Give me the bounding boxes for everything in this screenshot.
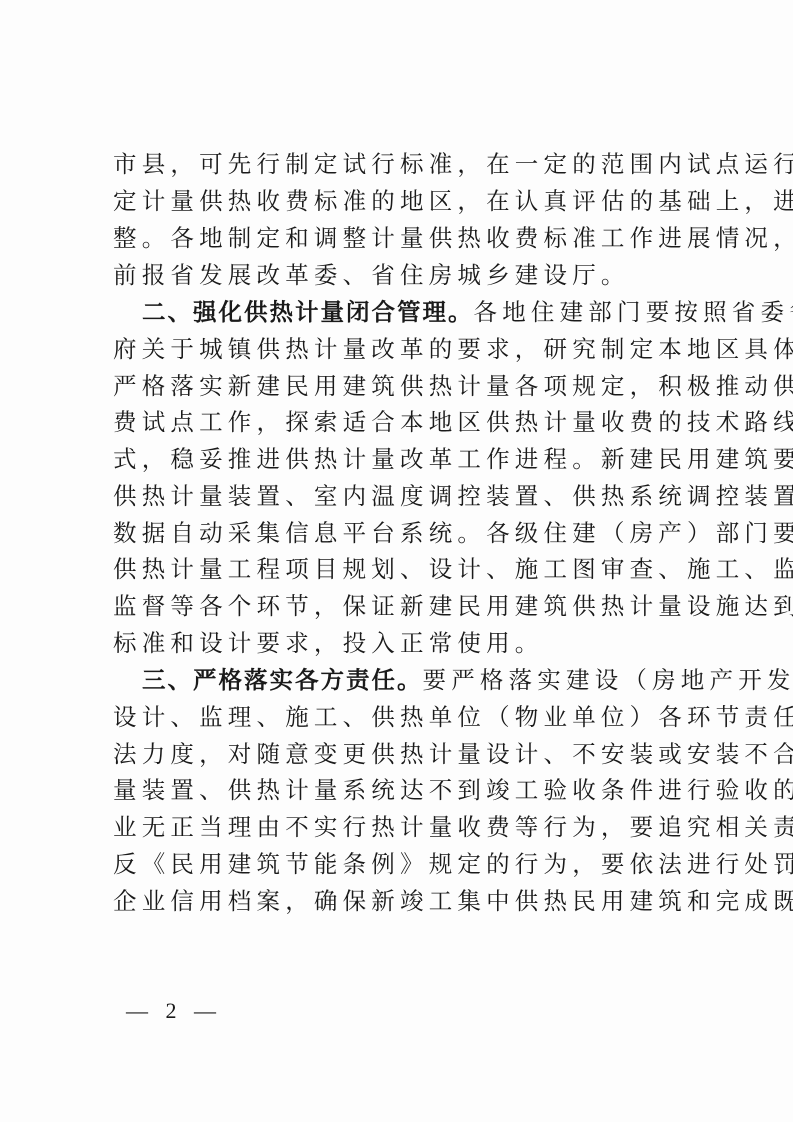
section-heading-2: 二、强化供热计量闭合管理。 [142,298,474,326]
line-text: 反《民用建筑节能条例》规定的行为，要依法进行处罚，并列入 [113,850,793,878]
body-line: 法力度，对随意变更供热计量设计、不安装或安装不合格供热计 [113,736,699,773]
line-text: 设计、监理、施工、供热单位（物业单位）各环节责任，加大执 [113,703,793,731]
line-text: 费试点工作，探索适合本地区供热计量收费的技术路线和收费模 [113,408,793,436]
line-text: 整。各地制定和调整计量供热收费标准工作进展情况，请于年底 [113,224,793,252]
body-line: 供热计量装置、室内温度调控装置、供热系统调控装置和热计量 [113,478,699,515]
line-text: 供热计量工程项目规划、设计、施工图审查、施工、监理、质量 [113,555,793,583]
line-text: 前报省发展改革委、省住房城乡建设厅。 [113,261,630,289]
body-line: 费试点工作，探索适合本地区供热计量收费的技术路线和收费模 [113,404,699,441]
line-text: 各地住建部门要按照省委省政 [474,298,793,326]
line-text: 式，稳妥推进供热计量改革工作进程。新建民用建筑要必须安装 [113,445,793,473]
body-line: 供热计量工程项目规划、设计、施工图审查、施工、监理、质量 [113,551,699,588]
page-number: — 2 — [126,996,222,1026]
line-text: 法力度，对随意变更供热计量设计、不安装或安装不合格供热计 [113,740,793,768]
body-line: 市县，可先行制定试行标准，在一定的范围内试点运行。已经制 [113,146,699,183]
line-text: 量装置、供热计量系统达不到竣工验收条件进行验收的，供热企 [113,776,793,804]
body-line: 企业信用档案，确保新竣工集中供热民用建筑和完成既有建筑节 [113,883,699,920]
body-line: 反《民用建筑节能条例》规定的行为，要依法进行处罚，并列入 [113,846,699,883]
line-text: 府关于城镇供热计量改革的要求，研究制定本地区具体实施方案， [113,335,793,363]
line-text: 供热计量装置、室内温度调控装置、供热系统调控装置和热计量 [113,482,793,510]
body-line: 量装置、供热计量系统达不到竣工验收条件进行验收的，供热企 [113,772,699,809]
body-line: 前报省发展改革委、省住房城乡建设厅。 [113,257,699,294]
body-line: 监督等各个环节，保证新建民用建筑供热计量设施达到国家产品 [113,588,699,625]
section-heading-3: 三、严格落实各方责任。 [142,666,423,694]
body-line: 严格落实新建民用建筑供热计量各项规定，积极推动供热计量收 [113,368,699,405]
document-page: 市县，可先行制定试行标准，在一定的范围内试点运行。已经制 定计量供热收费标准的地… [0,0,793,1122]
line-text: 市县，可先行制定试行标准，在一定的范围内试点运行。已经制 [113,150,793,178]
body-line: 式，稳妥推进供热计量改革工作进程。新建民用建筑要必须安装 [113,441,699,478]
line-text: 业无正当理由不实行热计量收费等行为，要追究相关责任。对违 [113,813,793,841]
body-line: 整。各地制定和调整计量供热收费标准工作进展情况，请于年底 [113,220,699,257]
line-text: 标准和设计要求，投入正常使用。 [113,629,544,657]
body-line: 府关于城镇供热计量改革的要求，研究制定本地区具体实施方案， [113,331,699,368]
line-text: 严格落实新建民用建筑供热计量各项规定，积极推动供热计量收 [113,372,793,400]
body-line: 标准和设计要求，投入正常使用。 [113,625,699,662]
line-text: 要严格落实建设（房地产开发企业）、 [423,666,793,694]
body-line: 业无正当理由不实行热计量收费等行为，要追究相关责任。对违 [113,809,699,846]
line-text: 企业信用档案，确保新竣工集中供热民用建筑和完成既有建筑节 [113,887,793,915]
section-heading-line: 二、强化供热计量闭合管理。各地住建部门要按照省委省政 [142,294,699,331]
line-text: 数据自动采集信息平台系统。各级住建（房产）部门要严格把好 [113,519,793,547]
section-heading-line: 三、严格落实各方责任。要严格落实建设（房地产开发企业）、 [142,662,699,699]
body-line: 设计、监理、施工、供热单位（物业单位）各环节责任，加大执 [113,699,699,736]
body-line: 数据自动采集信息平台系统。各级住建（房产）部门要严格把好 [113,515,699,552]
line-text: 定计量供热收费标准的地区，在认真评估的基础上，进行合理调 [113,187,793,215]
body-line: 定计量供热收费标准的地区，在认真评估的基础上，进行合理调 [113,183,699,220]
line-text: 监督等各个环节，保证新建民用建筑供热计量设施达到国家产品 [113,592,793,620]
